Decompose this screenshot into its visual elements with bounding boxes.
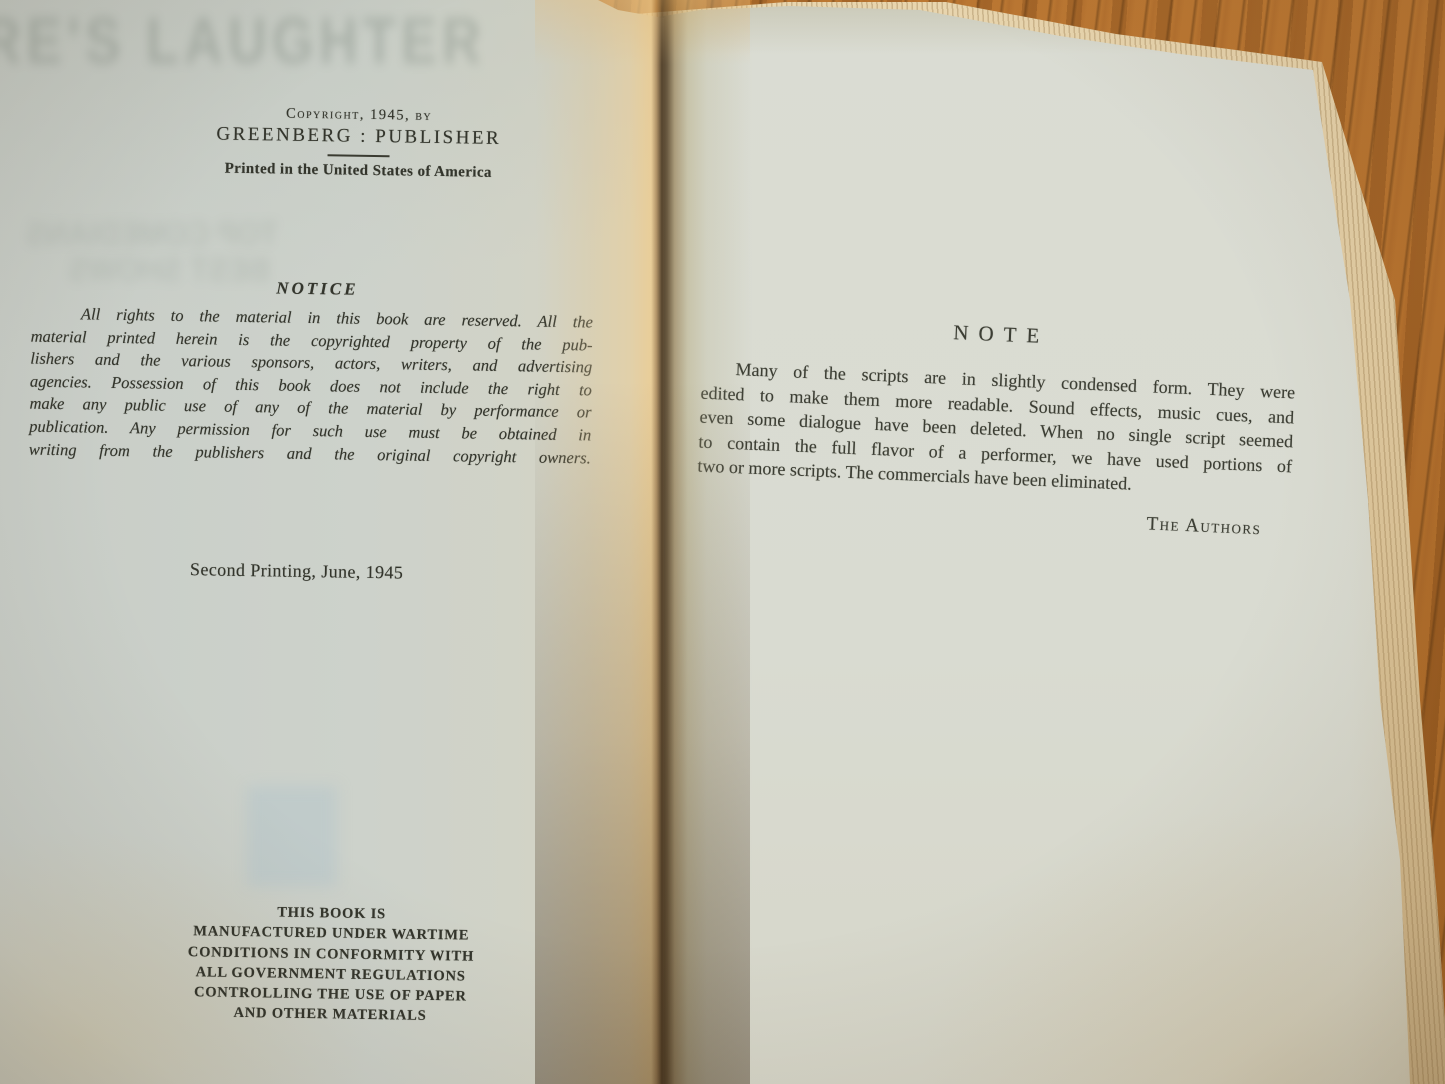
note-heading: NOTE <box>661 308 1341 361</box>
notice-block: NOTICE All rights to the material in thi… <box>29 275 594 470</box>
divider-rule <box>328 154 390 157</box>
publisher-name: GREENBERG : PUBLISHER <box>159 123 559 151</box>
wartime-notice-block: THIS BOOK IS MANUFACTURED UNDER WARTIME … <box>105 900 557 1029</box>
left-page-text: Copyright, 1945, by GREENBERG : PUBLISHE… <box>0 0 670 1084</box>
right-page-text: NOTE Many of the scripts are in slightly… <box>646 0 1375 726</box>
authors-signature: The Authors <box>695 494 1287 541</box>
printed-in-line: Printed in the United States of America <box>158 160 558 183</box>
notice-paragraph: All rights to the material in this book … <box>29 303 593 470</box>
note-paragraph: Many of the scripts are in slightly cond… <box>697 356 1296 504</box>
photo-of-open-book: RE'S LAUGHTER TOP COMEDIANS BEST SHOWS C… <box>0 0 1445 1084</box>
printing-edition-line: Second Printing, June, 1945 <box>190 559 404 583</box>
notice-heading: NOTICE <box>31 275 593 304</box>
copyright-block: Copyright, 1945, by GREENBERG : PUBLISHE… <box>158 104 559 183</box>
